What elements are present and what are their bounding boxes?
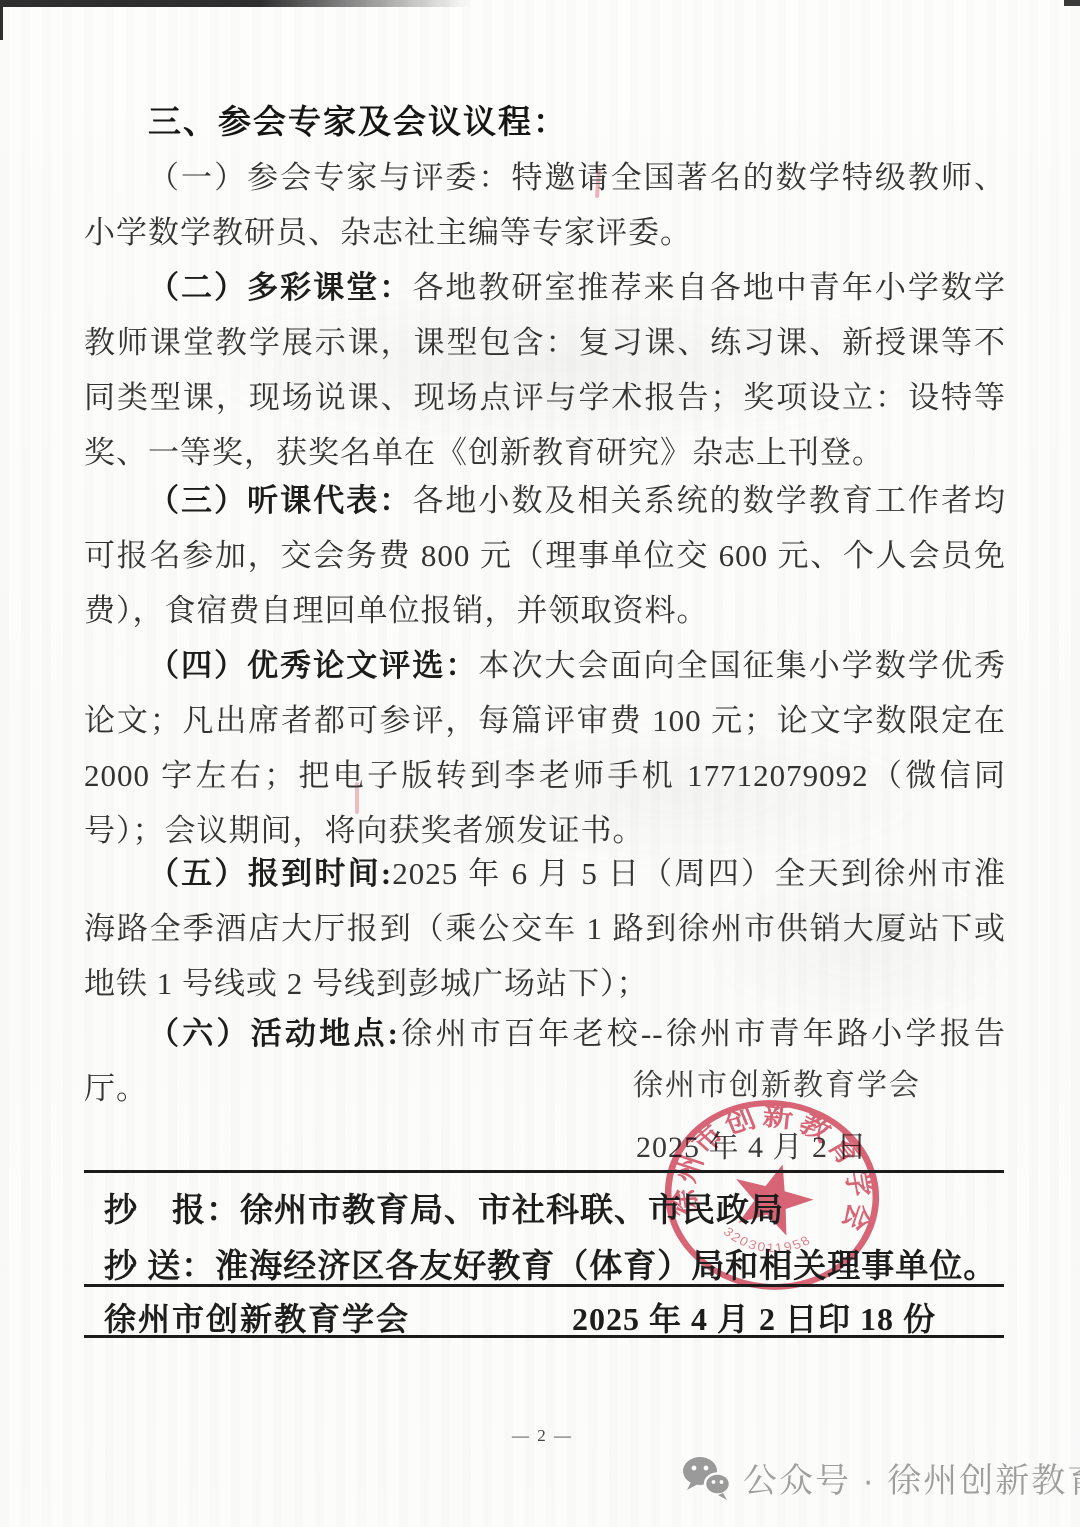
paragraph-lead: （三）听课代表： [148, 483, 412, 518]
wechat-watermark: 公众号 · 徐州创新教育 [681, 1453, 1080, 1502]
wechat-icon [681, 1455, 731, 1501]
scan-artifact [0, 0, 470, 7]
cc-report-value: 徐州市教育局、市社科联、市民政局 [240, 1193, 784, 1229]
cc-send-value: 淮海经济区各友好教育（体育）局和相关理事单位。 [215, 1249, 997, 1285]
paragraph-lead: （二）多彩课堂： [148, 270, 412, 305]
paragraph-lead: （五）报到时间: [148, 856, 392, 891]
paragraph-experts: （一）参会专家与评委：特邀请全国著名的数学特级教师、小学数学教研员、杂志社主编等… [84, 150, 1006, 260]
watermark-text: 公众号 · 徐州创新教育 [743, 1453, 1080, 1502]
imprint-org: 徐州市创新教育学会 [104, 1294, 410, 1340]
imprint-print-info: 2025 年 4 月 2 日印 18 份 [572, 1294, 936, 1340]
paragraph-lead: （一）参会专家与评委： [148, 160, 511, 195]
paragraph-lead: （四）优秀论文评选： [148, 648, 478, 683]
paragraph-lead: （六）活动地点: [148, 1016, 399, 1051]
section-heading: 三、参会专家及会议议程： [148, 96, 568, 143]
paragraph-classes: （二）多彩课堂：各地教研室推荐来自各地中青年小学数学教师课堂教学展示课，课型包含… [84, 260, 1006, 480]
divider-line [84, 1170, 1004, 1173]
cc-send-line: 抄 送：淮海经济区各友好教育（体育）局和相关理事单位。 [104, 1240, 1004, 1287]
paragraph-attendees: （三）听课代表：各地小数及相关系统的数学教育工作者均可报名参加，交会务费 800… [84, 473, 1006, 638]
scan-artifact [0, 0, 3, 40]
page-number: — 2 — [512, 1426, 573, 1446]
cc-report-label: 抄 报： [104, 1193, 240, 1229]
paragraph-papers: （四）优秀论文评选：本次大会面向全国征集小学数学优秀论文；凡出席者都可参评，每篇… [84, 638, 1006, 858]
scan-artifact [1064, 0, 1080, 6]
document-page: 三、参会专家及会议议程： （一）参会专家与评委：特邀请全国著名的数学特级教师、小… [0, 0, 1080, 1527]
paragraph-checkin: （五）报到时间:2025 年 6 月 5 日（周四）全天到徐州市淮海路全季酒店大… [84, 846, 1006, 1011]
cc-report-line: 抄 报：徐州市教育局、市社科联、市民政局 [104, 1184, 1004, 1231]
divider-line [84, 1284, 1004, 1287]
divider-line [84, 1335, 1004, 1338]
cc-send-label: 抄 送： [104, 1249, 215, 1285]
